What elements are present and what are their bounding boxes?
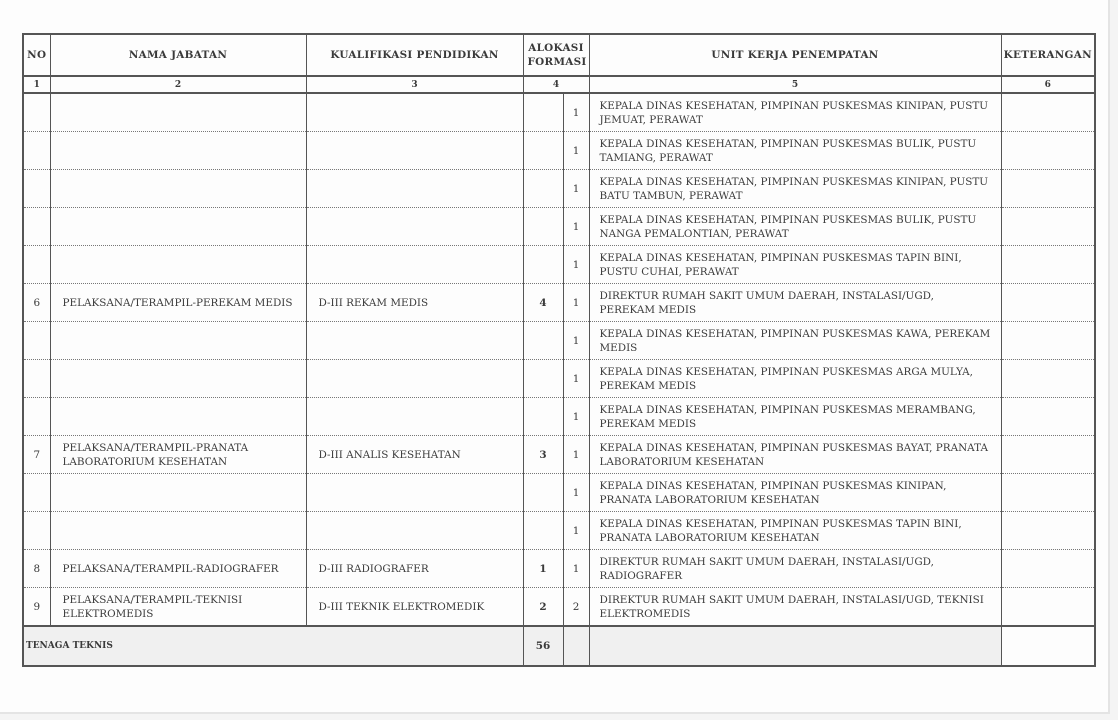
row-no: 9 xyxy=(23,588,50,627)
row-nama-jabatan: PELAKSANA/TERAMPIL-TEKNISI ELEKTROMEDIS xyxy=(50,588,306,627)
row-unit-kerja: KEPALA DINAS KESEHATAN, PIMPINAN PUSKESM… xyxy=(589,398,1001,436)
row-unit-kerja: KEPALA DINAS KESEHATAN, PIMPINAN PUSKESM… xyxy=(589,170,1001,208)
column-number: 2 xyxy=(50,76,306,93)
table-row: 1KEPALA DINAS KESEHATAN, PIMPINAN PUSKES… xyxy=(23,246,1095,284)
row-keterangan xyxy=(1001,512,1095,550)
row-alokasi-unit: 1 xyxy=(563,170,589,208)
row-keterangan xyxy=(1001,246,1095,284)
header-alokasi: ALOKASI FORMASI xyxy=(523,34,589,76)
row-nama-jabatan xyxy=(50,170,306,208)
column-number: 3 xyxy=(306,76,523,93)
row-no xyxy=(23,93,50,132)
formasi-table: NO NAMA JABATAN KUALIFIKASI PENDIDIKAN A… xyxy=(22,33,1096,667)
row-unit-kerja: KEPALA DINAS KESEHATAN, PIMPINAN PUSKESM… xyxy=(589,512,1001,550)
row-keterangan xyxy=(1001,436,1095,474)
table-body: 1KEPALA DINAS KESEHATAN, PIMPINAN PUSKES… xyxy=(23,93,1095,626)
table-row: 1KEPALA DINAS KESEHATAN, PIMPINAN PUSKES… xyxy=(23,512,1095,550)
row-nama-jabatan xyxy=(50,246,306,284)
total-value: 56 xyxy=(523,626,563,666)
table-row: 7PELAKSANA/TERAMPIL-PRANATA LABORATORIUM… xyxy=(23,436,1095,474)
row-no xyxy=(23,474,50,512)
table-row: 1KEPALA DINAS KESEHATAN, PIMPINAN PUSKES… xyxy=(23,132,1095,170)
row-nama-jabatan: PELAKSANA/TERAMPIL-PRANATA LABORATORIUM … xyxy=(50,436,306,474)
table-row: 1KEPALA DINAS KESEHATAN, PIMPINAN PUSKES… xyxy=(23,474,1095,512)
column-number: 1 xyxy=(23,76,50,93)
row-kualifikasi xyxy=(306,474,523,512)
row-alokasi-unit: 1 xyxy=(563,436,589,474)
row-kualifikasi xyxy=(306,360,523,398)
row-keterangan xyxy=(1001,360,1095,398)
row-no xyxy=(23,322,50,360)
row-nama-jabatan xyxy=(50,398,306,436)
table-row: 1KEPALA DINAS KESEHATAN, PIMPINAN PUSKES… xyxy=(23,322,1095,360)
table-row: 1KEPALA DINAS KESEHATAN, PIMPINAN PUSKES… xyxy=(23,398,1095,436)
row-keterangan xyxy=(1001,474,1095,512)
column-number: 6 xyxy=(1001,76,1095,93)
table-row: 1KEPALA DINAS KESEHATAN, PIMPINAN PUSKES… xyxy=(23,360,1095,398)
row-alokasi xyxy=(523,208,563,246)
row-no: 7 xyxy=(23,436,50,474)
row-no xyxy=(23,512,50,550)
row-unit-kerja: KEPALA DINAS KESEHATAN, PIMPINAN PUSKESM… xyxy=(589,93,1001,132)
header-nama-jabatan: NAMA JABATAN xyxy=(50,34,306,76)
row-kualifikasi xyxy=(306,208,523,246)
row-alokasi xyxy=(523,474,563,512)
row-alokasi xyxy=(523,93,563,132)
row-alokasi xyxy=(523,322,563,360)
row-kualifikasi xyxy=(306,398,523,436)
row-no: 8 xyxy=(23,550,50,588)
row-alokasi-unit: 1 xyxy=(563,284,589,322)
row-alokasi xyxy=(523,170,563,208)
row-kualifikasi xyxy=(306,93,523,132)
row-alokasi-unit: 1 xyxy=(563,474,589,512)
column-number-row: 1 2 3 4 5 6 xyxy=(23,76,1095,93)
row-alokasi: 3 xyxy=(523,436,563,474)
row-unit-kerja: KEPALA DINAS KESEHATAN, PIMPINAN PUSKESM… xyxy=(589,474,1001,512)
row-unit-kerja: KEPALA DINAS KESEHATAN, PIMPINAN PUSKESM… xyxy=(589,360,1001,398)
row-keterangan xyxy=(1001,550,1095,588)
row-alokasi xyxy=(523,246,563,284)
row-nama-jabatan xyxy=(50,512,306,550)
row-kualifikasi xyxy=(306,322,523,360)
total-row: TENAGA TEKNIS 56 xyxy=(23,626,1095,666)
table-row: 9PELAKSANA/TERAMPIL-TEKNISI ELEKTROMEDIS… xyxy=(23,588,1095,627)
row-alokasi-unit: 1 xyxy=(563,132,589,170)
row-nama-jabatan: PELAKSANA/TERAMPIL-RADIOGRAFER xyxy=(50,550,306,588)
row-alokasi-unit: 1 xyxy=(563,322,589,360)
row-no xyxy=(23,132,50,170)
row-keterangan xyxy=(1001,398,1095,436)
row-alokasi-unit: 1 xyxy=(563,246,589,284)
row-alokasi: 4 xyxy=(523,284,563,322)
row-alokasi-unit: 1 xyxy=(563,398,589,436)
row-alokasi: 2 xyxy=(523,588,563,627)
row-alokasi: 1 xyxy=(523,550,563,588)
row-nama-jabatan xyxy=(50,360,306,398)
row-alokasi xyxy=(523,512,563,550)
row-unit-kerja: KEPALA DINAS KESEHATAN, PIMPINAN PUSKESM… xyxy=(589,436,1001,474)
row-kualifikasi xyxy=(306,246,523,284)
table-row: 1KEPALA DINAS KESEHATAN, PIMPINAN PUSKES… xyxy=(23,208,1095,246)
row-nama-jabatan xyxy=(50,322,306,360)
row-alokasi-unit: 1 xyxy=(563,512,589,550)
total-label: TENAGA TEKNIS xyxy=(23,626,523,666)
row-kualifikasi: D-III RADIOGRAFER xyxy=(306,550,523,588)
column-number: 4 xyxy=(523,76,589,93)
header-kualifikasi: KUALIFIKASI PENDIDIKAN xyxy=(306,34,523,76)
row-keterangan xyxy=(1001,588,1095,627)
row-unit-kerja: DIREKTUR RUMAH SAKIT UMUM DAERAH, INSTAL… xyxy=(589,550,1001,588)
header-no: NO xyxy=(23,34,50,76)
row-unit-kerja: KEPALA DINAS KESEHATAN, PIMPINAN PUSKESM… xyxy=(589,246,1001,284)
row-unit-kerja: DIREKTUR RUMAH SAKIT UMUM DAERAH, INSTAL… xyxy=(589,588,1001,627)
row-kualifikasi xyxy=(306,512,523,550)
row-no xyxy=(23,398,50,436)
row-no xyxy=(23,208,50,246)
row-no xyxy=(23,246,50,284)
row-alokasi-unit: 1 xyxy=(563,93,589,132)
row-unit-kerja: KEPALA DINAS KESEHATAN, PIMPINAN PUSKESM… xyxy=(589,322,1001,360)
table-row: 1KEPALA DINAS KESEHATAN, PIMPINAN PUSKES… xyxy=(23,170,1095,208)
row-kualifikasi: D-III TEKNIK ELEKTROMEDIK xyxy=(306,588,523,627)
row-no xyxy=(23,170,50,208)
row-nama-jabatan xyxy=(50,474,306,512)
row-kualifikasi: D-III ANALIS KESEHATAN xyxy=(306,436,523,474)
header-unit-kerja: UNIT KERJA PENEMPATAN xyxy=(589,34,1001,76)
header-row: NO NAMA JABATAN KUALIFIKASI PENDIDIKAN A… xyxy=(23,34,1095,76)
row-keterangan xyxy=(1001,93,1095,132)
document-page: NO NAMA JABATAN KUALIFIKASI PENDIDIKAN A… xyxy=(0,0,1110,714)
row-keterangan xyxy=(1001,170,1095,208)
row-keterangan xyxy=(1001,284,1095,322)
row-keterangan xyxy=(1001,208,1095,246)
table-row: 1KEPALA DINAS KESEHATAN, PIMPINAN PUSKES… xyxy=(23,93,1095,132)
header-keterangan: KETERANGAN xyxy=(1001,34,1095,76)
row-keterangan xyxy=(1001,132,1095,170)
row-alokasi-unit: 1 xyxy=(563,550,589,588)
row-kualifikasi xyxy=(306,170,523,208)
row-unit-kerja: KEPALA DINAS KESEHATAN, PIMPINAN PUSKESM… xyxy=(589,132,1001,170)
row-unit-kerja: DIREKTUR RUMAH SAKIT UMUM DAERAH, INSTAL… xyxy=(589,284,1001,322)
row-alokasi xyxy=(523,360,563,398)
row-nama-jabatan xyxy=(50,132,306,170)
row-kualifikasi: D-III REKAM MEDIS xyxy=(306,284,523,322)
column-number: 5 xyxy=(589,76,1001,93)
row-alokasi xyxy=(523,132,563,170)
row-unit-kerja: KEPALA DINAS KESEHATAN, PIMPINAN PUSKESM… xyxy=(589,208,1001,246)
table-row: 6PELAKSANA/TERAMPIL-PEREKAM MEDISD-III R… xyxy=(23,284,1095,322)
row-no: 6 xyxy=(23,284,50,322)
table-row: 8PELAKSANA/TERAMPIL-RADIOGRAFERD-III RAD… xyxy=(23,550,1095,588)
row-keterangan xyxy=(1001,322,1095,360)
row-kualifikasi xyxy=(306,132,523,170)
row-nama-jabatan xyxy=(50,93,306,132)
row-alokasi xyxy=(523,398,563,436)
row-nama-jabatan xyxy=(50,208,306,246)
row-alokasi-unit: 2 xyxy=(563,588,589,627)
row-no xyxy=(23,360,50,398)
total-sub-cell xyxy=(563,626,589,666)
total-unit-cell xyxy=(589,626,1001,666)
row-alokasi-unit: 1 xyxy=(563,360,589,398)
total-keterangan-cell xyxy=(1001,626,1095,666)
row-nama-jabatan: PELAKSANA/TERAMPIL-PEREKAM MEDIS xyxy=(50,284,306,322)
row-alokasi-unit: 1 xyxy=(563,208,589,246)
